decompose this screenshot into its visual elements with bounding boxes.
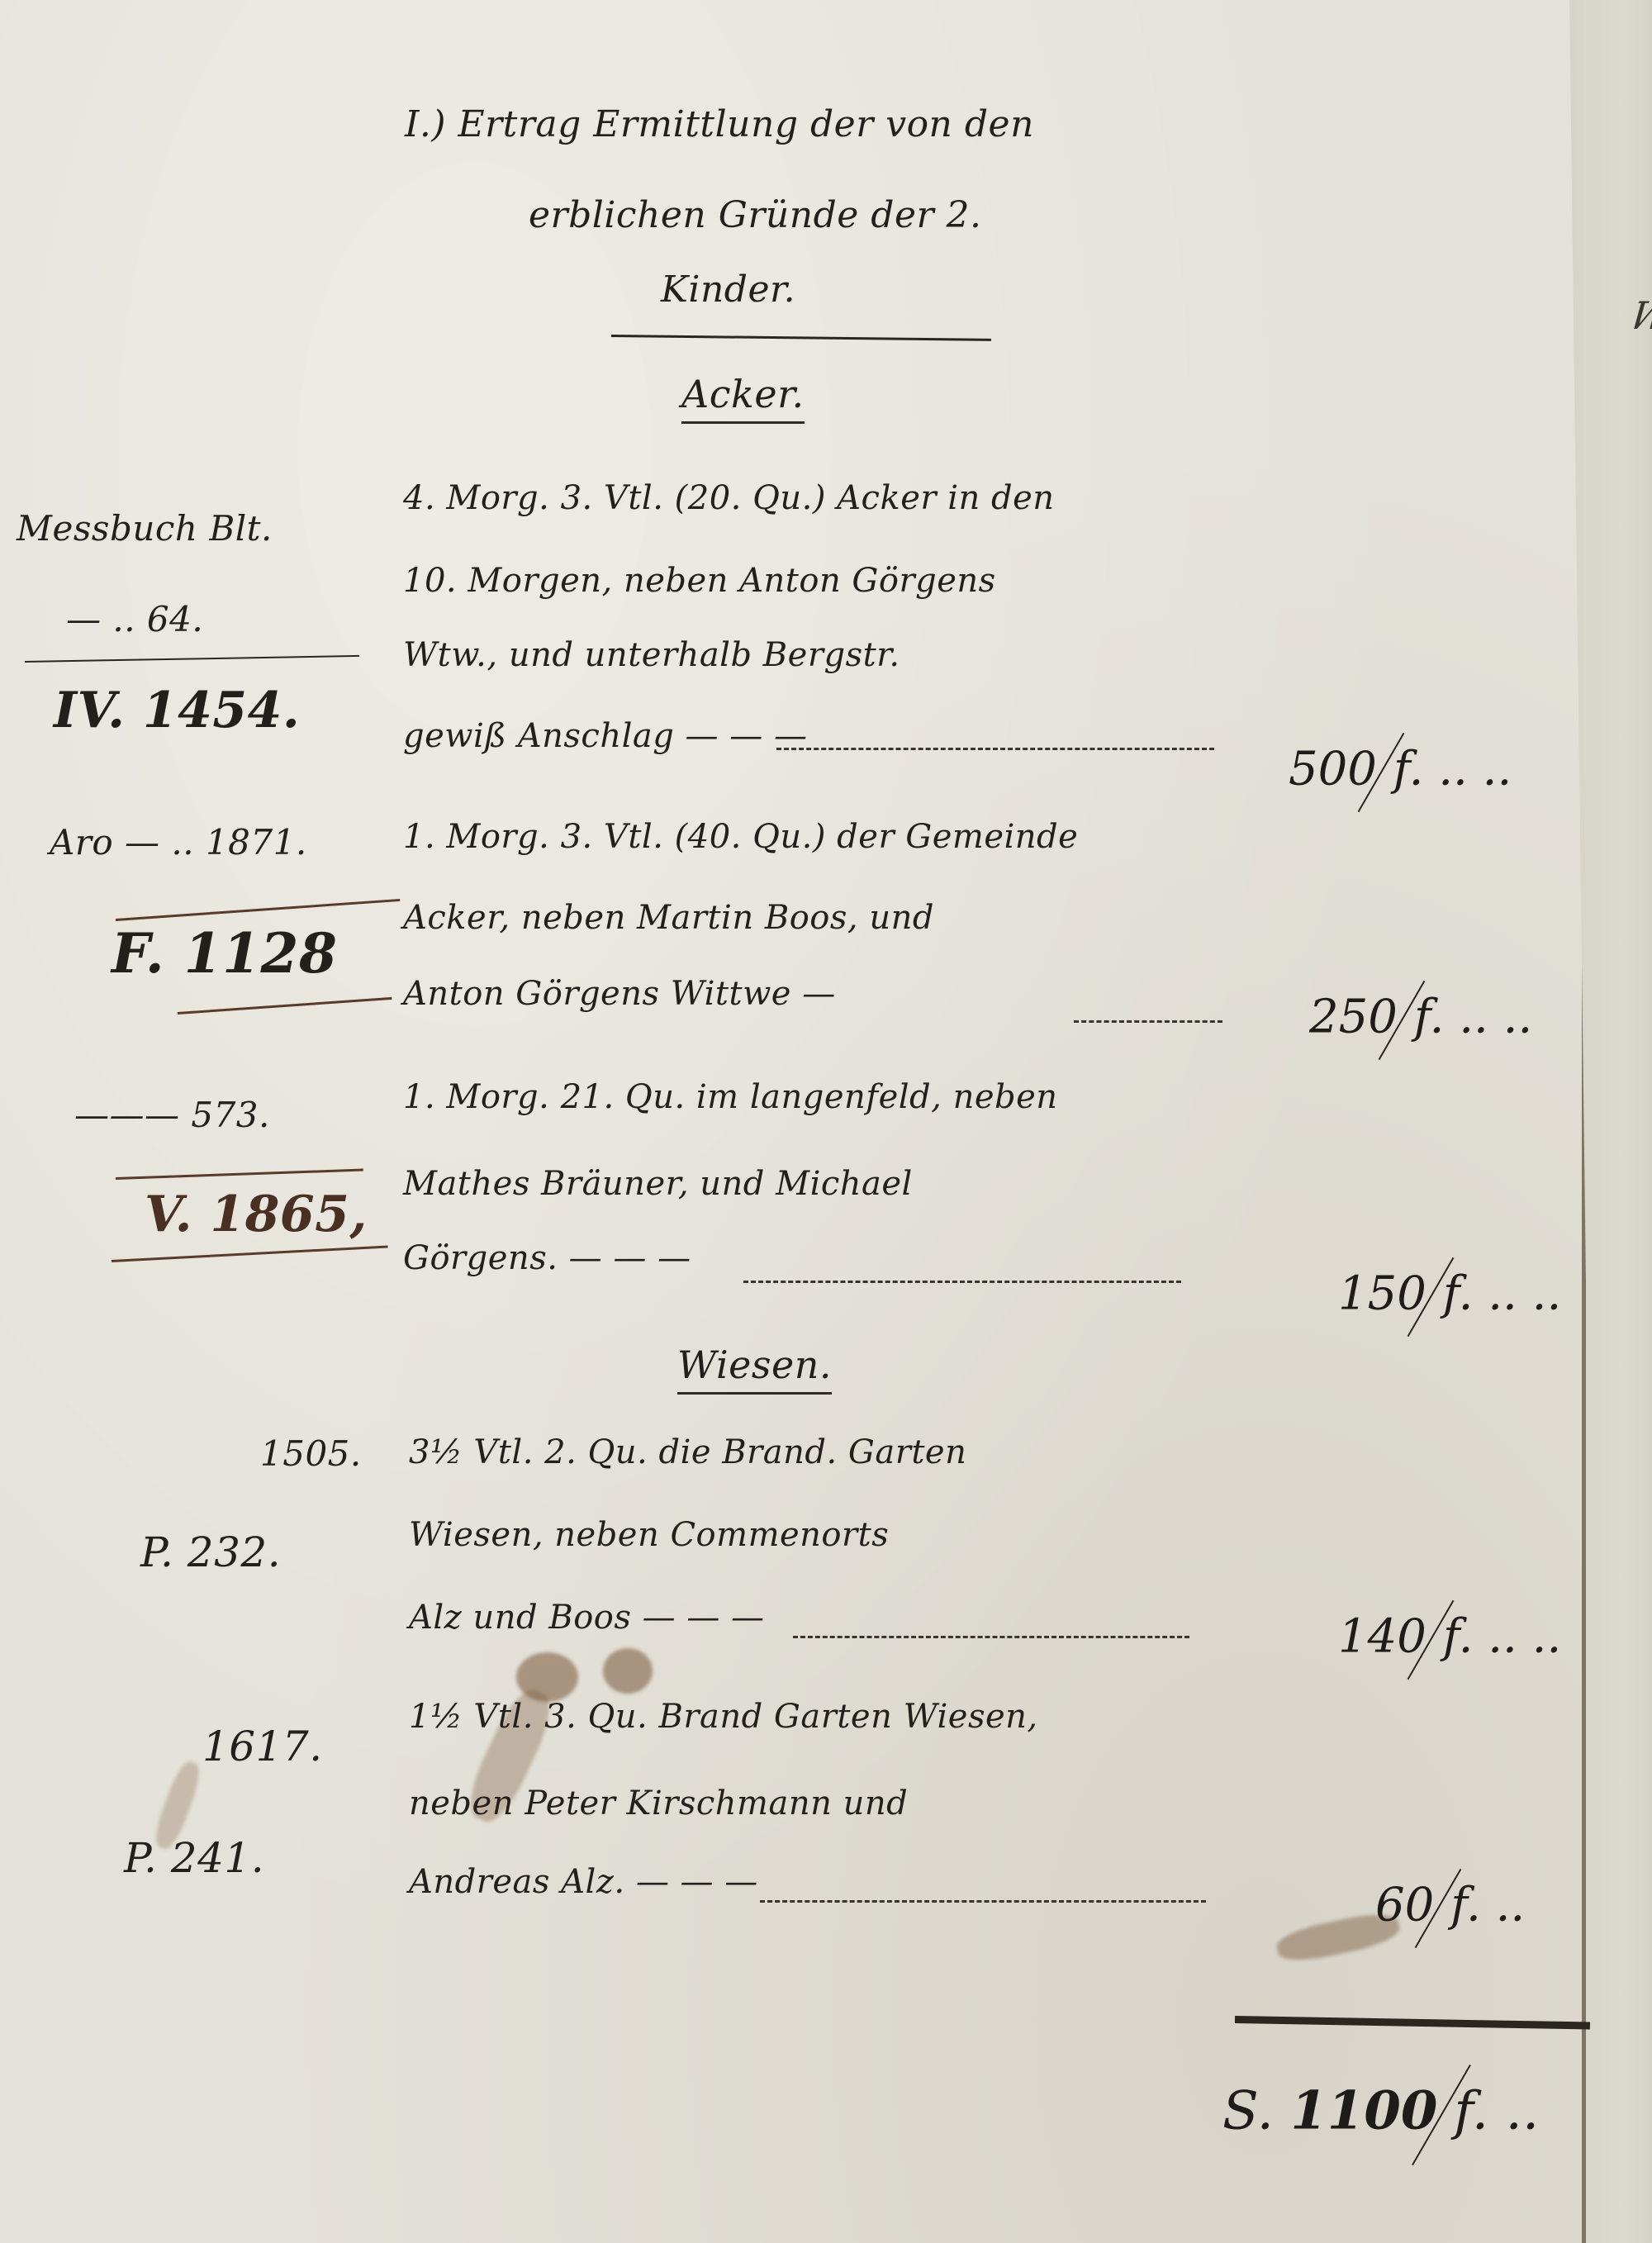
fill-dashes — [776, 748, 1214, 750]
amount-value: 500 — [1289, 743, 1377, 796]
amount-value: 60 — [1375, 1879, 1434, 1932]
entry-text-line: 10. Morgen, neben Anton Görgens — [403, 562, 996, 600]
amount-value: 250 — [1309, 991, 1398, 1044]
entry-text-line: Görgens. — — — — [403, 1239, 691, 1277]
entry-text-line: Anton Görgens Wittwe — — [403, 975, 836, 1013]
amount-currency: f. — [1450, 1879, 1481, 1932]
amount-trailing: .. — [1496, 1879, 1526, 1932]
entry-text-line: 1. Morg. 3. Vtl. (40. Qu.) der Gemeinde — [403, 818, 1078, 856]
title-underline — [611, 335, 991, 341]
total-amount: S. 1100f. .. — [1222, 2057, 1539, 2173]
entry-amount: 140f. .. .. — [1338, 1594, 1561, 1685]
amount-currency: f. — [1393, 743, 1424, 796]
fill-dashes — [760, 1900, 1206, 1903]
margin-divider — [25, 655, 359, 663]
fill-dashes — [1074, 1020, 1222, 1023]
total-rule — [1235, 2016, 1590, 2030]
title-line-1: I.) Ertrag Ermittlung der von den — [405, 103, 1034, 145]
margin-ref: 1505. — [260, 1433, 362, 1474]
entry-text-line: neben Peter Kirschmann und — [409, 1784, 908, 1822]
total-currency: f. — [1454, 2081, 1488, 2142]
entry-text-line: Alz und Boos — — — — [409, 1599, 765, 1637]
title-line-3: Kinder. — [661, 268, 795, 311]
entry-text-line: 4. Morg. 3. Vtl. (20. Qu.) Acker in den — [403, 479, 1055, 517]
entry-text-line: Acker, neben Martin Boos, und — [403, 899, 934, 937]
amount-currency: f. — [1443, 1267, 1474, 1321]
ink-stain — [603, 1648, 653, 1694]
margin-parcel-number: P. 232. — [140, 1528, 281, 1576]
margin-divider — [116, 1169, 363, 1180]
entry-amount: 150f. .. .. — [1338, 1252, 1561, 1342]
amount-trailing: .. .. — [1488, 1267, 1561, 1321]
entry-text-line: 3½ Vtl. 2. Qu. die Brand. Garten — [409, 1433, 966, 1471]
amount-value: 150 — [1338, 1267, 1427, 1321]
total-trailing: .. — [1505, 2081, 1539, 2142]
margin-underline — [112, 1245, 388, 1262]
total-prefix: S. — [1222, 2081, 1274, 2142]
amount-currency: f. — [1414, 991, 1445, 1044]
entry-amount: 250f. .. .. — [1309, 975, 1532, 1066]
amount-trailing: .. .. — [1438, 743, 1512, 796]
amount-trailing: .. .. — [1459, 991, 1532, 1044]
entry-text-line: 1. Morg. 21. Qu. im langenfeld, neben — [403, 1078, 1058, 1116]
title-line-2: erblichen Gründe der 2. — [529, 194, 981, 236]
section-heading-acker: Acker. — [681, 372, 805, 424]
margin-ref: ——— 573. — [74, 1095, 270, 1135]
adjacent-page-fragment: W — [1623, 293, 1652, 338]
entry-text-line: Wtw., und unterhalb Bergstr. — [403, 636, 900, 674]
ledger-page: I.) Ertrag Ermittlung der von den erblic… — [0, 0, 1586, 2243]
amount-trailing: .. .. — [1488, 1610, 1561, 1664]
section-heading-wiesen: Wiesen. — [677, 1342, 832, 1395]
margin-ref: Messbuch Blt. — [17, 508, 273, 549]
amount-currency: f. — [1443, 1610, 1474, 1664]
margin-flourish — [178, 997, 392, 1015]
entry-text-line: Andreas Alz. — — — — [409, 1863, 758, 1901]
amount-value: 140 — [1338, 1610, 1427, 1664]
entry-text-line: gewiß Anschlag — — — — [403, 717, 807, 755]
entry-text-line: 1½ Vtl. 3. Qu. Brand Garten Wiesen, — [409, 1698, 1038, 1736]
margin-ref: 1617. — [202, 1723, 323, 1770]
margin-parcel-number: V. 1865, — [145, 1186, 368, 1243]
entry-text-line: Wiesen, neben Commenorts — [409, 1516, 889, 1554]
margin-divider — [116, 899, 400, 921]
fill-dashes — [743, 1281, 1181, 1283]
entry-text-line: Mathes Bräuner, und Michael — [403, 1165, 913, 1203]
margin-ref: — .. 64. — [66, 599, 203, 639]
margin-parcel-number: F. 1128 — [112, 921, 337, 986]
entry-amount: 500f. .. .. — [1289, 727, 1512, 818]
margin-parcel-number: IV. 1454. — [54, 682, 300, 739]
total-value: 1100 — [1290, 2080, 1437, 2142]
entry-amount: 60f. .. — [1375, 1863, 1525, 1954]
margin-parcel-number: P. 241. — [124, 1834, 264, 1882]
margin-ref: Aro — .. 1871. — [50, 822, 307, 863]
fill-dashes — [793, 1636, 1189, 1638]
